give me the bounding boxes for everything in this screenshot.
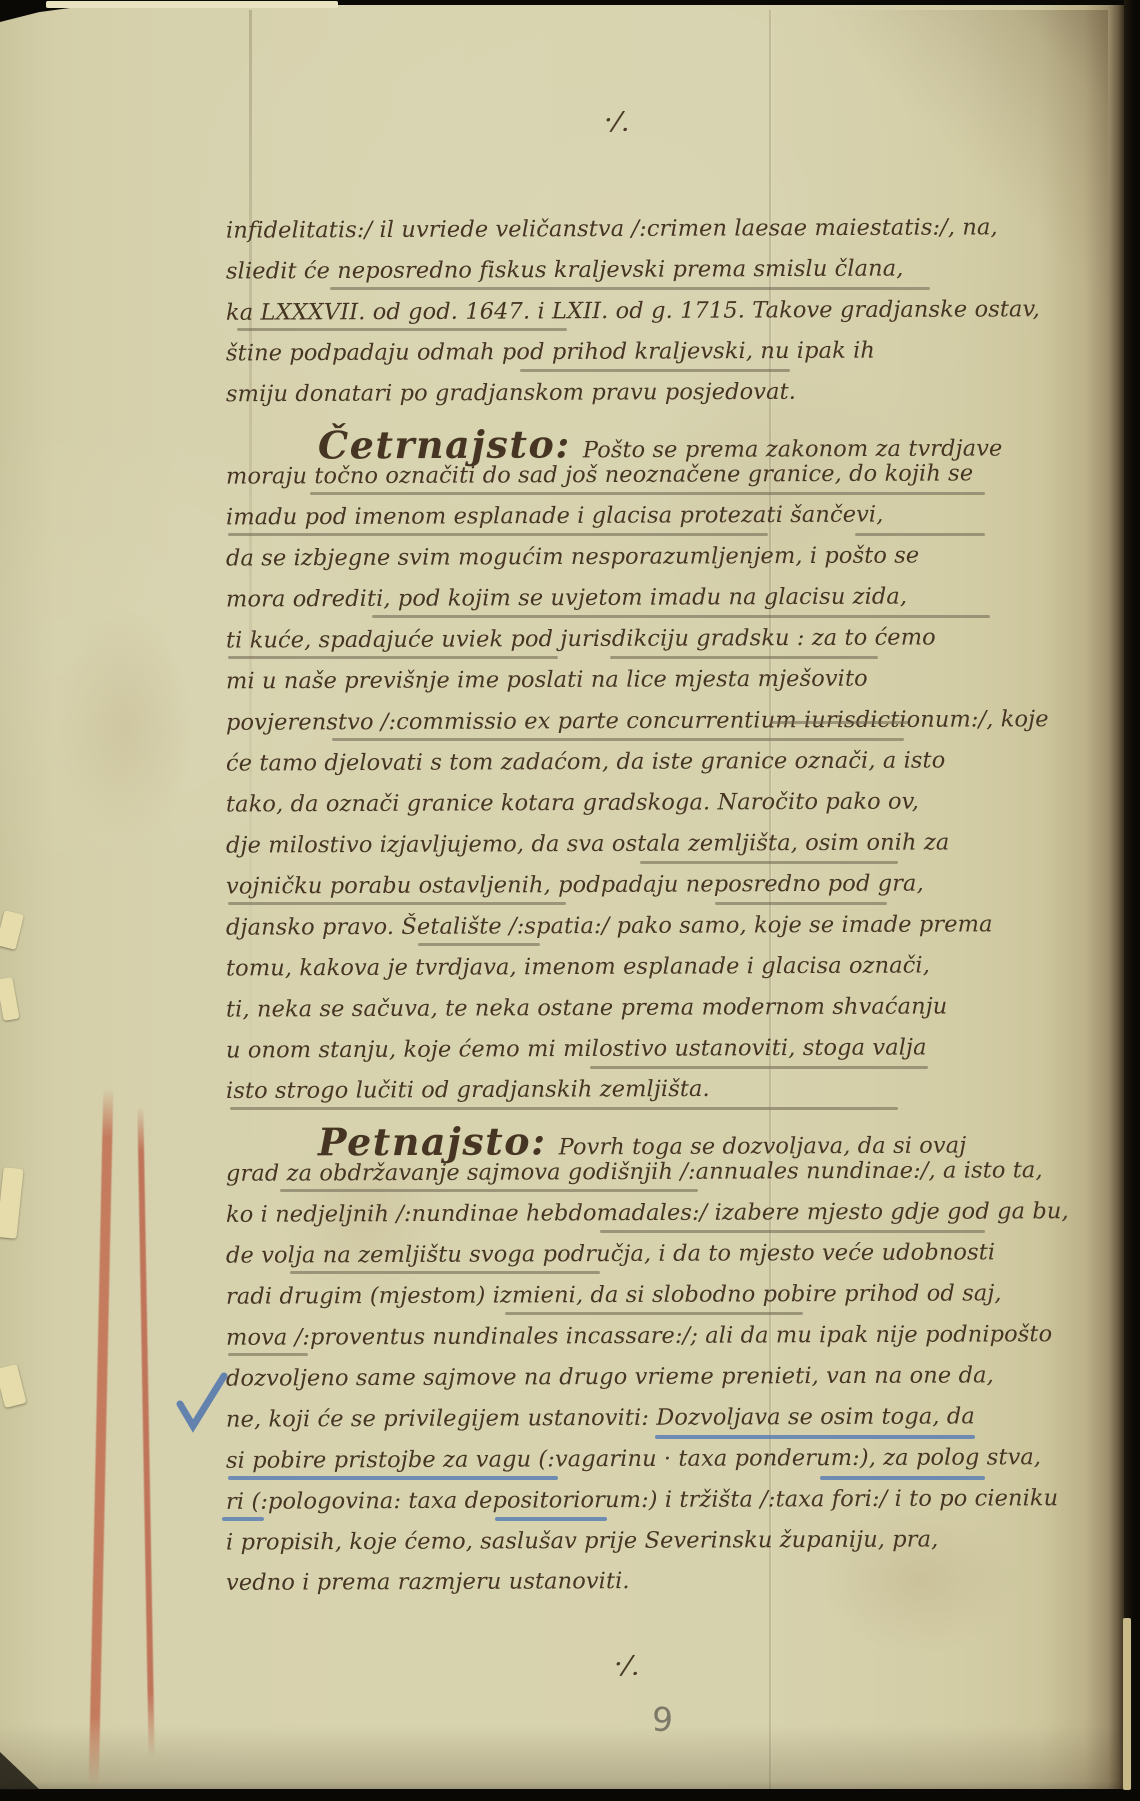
text-line: isto strogo lučiti od gradjanskih zemlji… (226, 1076, 710, 1104)
pencil-page-number: 9 (651, 1699, 674, 1739)
text-line: tako, da označi granice kotara gradskoga… (226, 788, 919, 817)
text-line-content: dje milostivo izjavljujemo, da sva ostal… (226, 829, 949, 858)
text-line-content: isto strogo lučiti od gradjanskih zemlji… (226, 1076, 710, 1104)
text-line: vedno i prema razmjeru ustanoviti. (226, 1568, 630, 1596)
graphite-underline (310, 492, 985, 495)
graphite-underline (418, 943, 540, 946)
text-line: de volja na zemljištu svoga područja, i … (226, 1239, 995, 1268)
graphite-underline (228, 902, 566, 905)
graphite-underline (228, 533, 768, 536)
text-line: ri (:pologovina: taxa depositoriorum:) i… (226, 1485, 1058, 1515)
graphite-underline (330, 287, 930, 290)
section-mark-top: ·/. (602, 105, 631, 139)
text-line-content: povjerenstvo /:commissio ex parte concur… (226, 706, 1049, 736)
text-line-content: ti, neka se sačuva, te neka ostane prema… (226, 993, 947, 1022)
text-line-content: Pošto se prema zakonom za tvrdjave (583, 436, 1003, 464)
text-line-content: mora odrediti, pod kojim se uvjetom imad… (226, 584, 907, 613)
text-line-content: ti kuće, spadajuće uviek pod jurisdikcij… (226, 624, 936, 653)
text-line: vojničku porabu ostavljenih, podpadaju n… (226, 870, 924, 899)
text-line: ne, koji će se privilegijem ustanoviti: … (226, 1403, 975, 1432)
graphite-underline (600, 1230, 985, 1233)
graphite-underline (715, 902, 887, 905)
graphite-underline (228, 1353, 308, 1356)
strikethrough-mark (770, 721, 908, 724)
text-line-content: štine podpadaju odmah pod prihod kraljev… (226, 338, 875, 367)
text-line: štine podpadaju odmah pod prihod kraljev… (226, 338, 875, 367)
text-line: infidelitatis:/ il uvriede veličanstva /… (226, 214, 998, 243)
text-line-content: imadu pod imenom esplanade i glacisa pro… (226, 502, 884, 531)
checkmark-icon (176, 1370, 228, 1434)
text-line-content: će tamo djelovati s tom zadaćom, da iste… (226, 747, 945, 776)
text-line-content: tomu, kakova je tvrdjava, imenom esplana… (226, 952, 930, 981)
text-line: ti kuće, spadajuće uviek pod jurisdikcij… (226, 624, 936, 653)
text-line-content: da se izbjegne svim mogućim nesporazumlj… (226, 542, 919, 571)
text-line-content: sliedit će neposredno fiskus kraljevski … (226, 256, 904, 285)
text-line: da se izbjegne svim mogućim nesporazumlj… (226, 542, 919, 571)
graphite-underline (610, 656, 878, 659)
text-line-content: tako, da označi granice kotara gradskoga… (226, 788, 919, 817)
text-line-content: ri (:pologovina: taxa depositoriorum:) i… (226, 1485, 1058, 1515)
graphite-underline (505, 1312, 803, 1315)
text-line: povjerenstvo /:commissio ex parte concur… (226, 706, 1049, 736)
graphite-underline (855, 533, 985, 536)
blue-pencil-underline (820, 1476, 985, 1480)
text-line-content: moraju točno označiti do sad još neoznač… (226, 460, 973, 489)
text-line: moraju točno označiti do sad još neoznač… (226, 460, 973, 489)
text-line: mova /:proventus nundinales incassare:/;… (226, 1321, 1052, 1351)
graphite-underline (640, 861, 898, 864)
text-line-content: grad za obdržavanje sajmova godišnjih /:… (226, 1157, 1043, 1187)
text-line-content: Povrh toga se dozvoljava, da si ovaj (559, 1133, 967, 1161)
graphite-underline (228, 656, 558, 659)
graphite-underline (280, 1189, 698, 1192)
text-line: mi u naše previšnje ime poslati na lice … (226, 666, 868, 695)
text-line: si pobire pristojbe za vagu (:vagarinu ·… (226, 1444, 1041, 1474)
blue-pencil-underline (495, 1517, 607, 1521)
text-line: će tamo djelovati s tom zadaćom, da iste… (226, 747, 945, 776)
text-line: ka LXXXVII. od god. 1647. i LXII. od g. … (226, 296, 1040, 326)
handwritten-text-layer: ·/. infidelitatis:/ il uvriede veličanst… (0, 0, 1140, 1801)
text-line: grad za obdržavanje sajmova godišnjih /:… (226, 1157, 1043, 1187)
text-line-content: ka LXXXVII. od god. 1647. i LXII. od g. … (226, 296, 1040, 326)
text-line: u onom stanju, koje ćemo mi milostivo us… (226, 1034, 927, 1063)
text-line-content: mi u naše previšnje ime poslati na lice … (226, 666, 868, 695)
text-line-content: dozvoljeno same sajmove na drugo vrieme … (226, 1362, 994, 1391)
graphite-underline (590, 1066, 928, 1069)
text-line-content: infidelitatis:/ il uvriede veličanstva /… (226, 214, 998, 243)
text-line-content: i propisih, koje ćemo, saslušav prije Se… (226, 1526, 939, 1555)
text-line-content: vedno i prema razmjeru ustanoviti. (226, 1568, 630, 1596)
text-line-content: smiju donatari po gradjanskom pravu posj… (226, 379, 796, 407)
graphite-underline (237, 328, 567, 331)
text-line-content: de volja na zemljištu svoga područja, i … (226, 1239, 995, 1268)
text-line-content: vojničku porabu ostavljenih, podpadaju n… (226, 870, 924, 899)
text-line: ko i nedjeljnih /:nundinae hebdomadales:… (226, 1198, 1069, 1228)
paragraph-number-heading: Četrnajsto: (318, 421, 571, 467)
text-line-content: mova /:proventus nundinales incassare:/;… (226, 1321, 1052, 1351)
text-line: tomu, kakova je tvrdjava, imenom esplana… (226, 952, 930, 981)
paragraph-number-heading: Petnajsto: (318, 1118, 547, 1164)
text-line-content: u onom stanju, koje ćemo mi milostivo us… (226, 1034, 927, 1063)
graphite-underline (520, 369, 790, 372)
blue-pencil-underline (228, 1476, 558, 1480)
text-line-content: si pobire pristojbe za vagu (:vagarinu ·… (226, 1444, 1041, 1474)
text-line: dje milostivo izjavljujemo, da sva ostal… (226, 829, 949, 858)
text-line-content: ne, koji će se privilegijem ustanoviti: … (226, 1403, 975, 1432)
blue-pencil-underline (222, 1517, 264, 1521)
graphite-underline (372, 615, 990, 618)
text-line: imadu pod imenom esplanade i glacisa pro… (226, 502, 884, 531)
text-line: sliedit će neposredno fiskus kraljevski … (226, 256, 904, 285)
text-line-content: djansko pravo. Šetalište /:spatia:/ pako… (226, 911, 993, 940)
text-line: ti, neka se sačuva, te neka ostane prema… (226, 993, 947, 1022)
text-line: smiju donatari po gradjanskom pravu posj… (226, 379, 796, 407)
text-line: mora odrediti, pod kojim se uvjetom imad… (226, 584, 907, 613)
blue-pencil-underline (655, 1435, 975, 1439)
text-line: djansko pravo. Šetalište /:spatia:/ pako… (226, 911, 993, 940)
section-mark-bottom: ·/. (612, 1649, 641, 1683)
text-line: i propisih, koje ćemo, saslušav prije Se… (226, 1526, 939, 1555)
text-line-content: ko i nedjeljnih /:nundinae hebdomadales:… (226, 1198, 1069, 1228)
text-line: dozvoljeno same sajmove na drugo vrieme … (226, 1362, 994, 1391)
text-line: radi drugim (mjestom) izmieni, da si slo… (226, 1280, 1002, 1309)
graphite-underline (332, 738, 904, 741)
graphite-underline (290, 1271, 600, 1274)
text-line-content: radi drugim (mjestom) izmieni, da si slo… (226, 1280, 1002, 1309)
graphite-underline (230, 1107, 898, 1110)
